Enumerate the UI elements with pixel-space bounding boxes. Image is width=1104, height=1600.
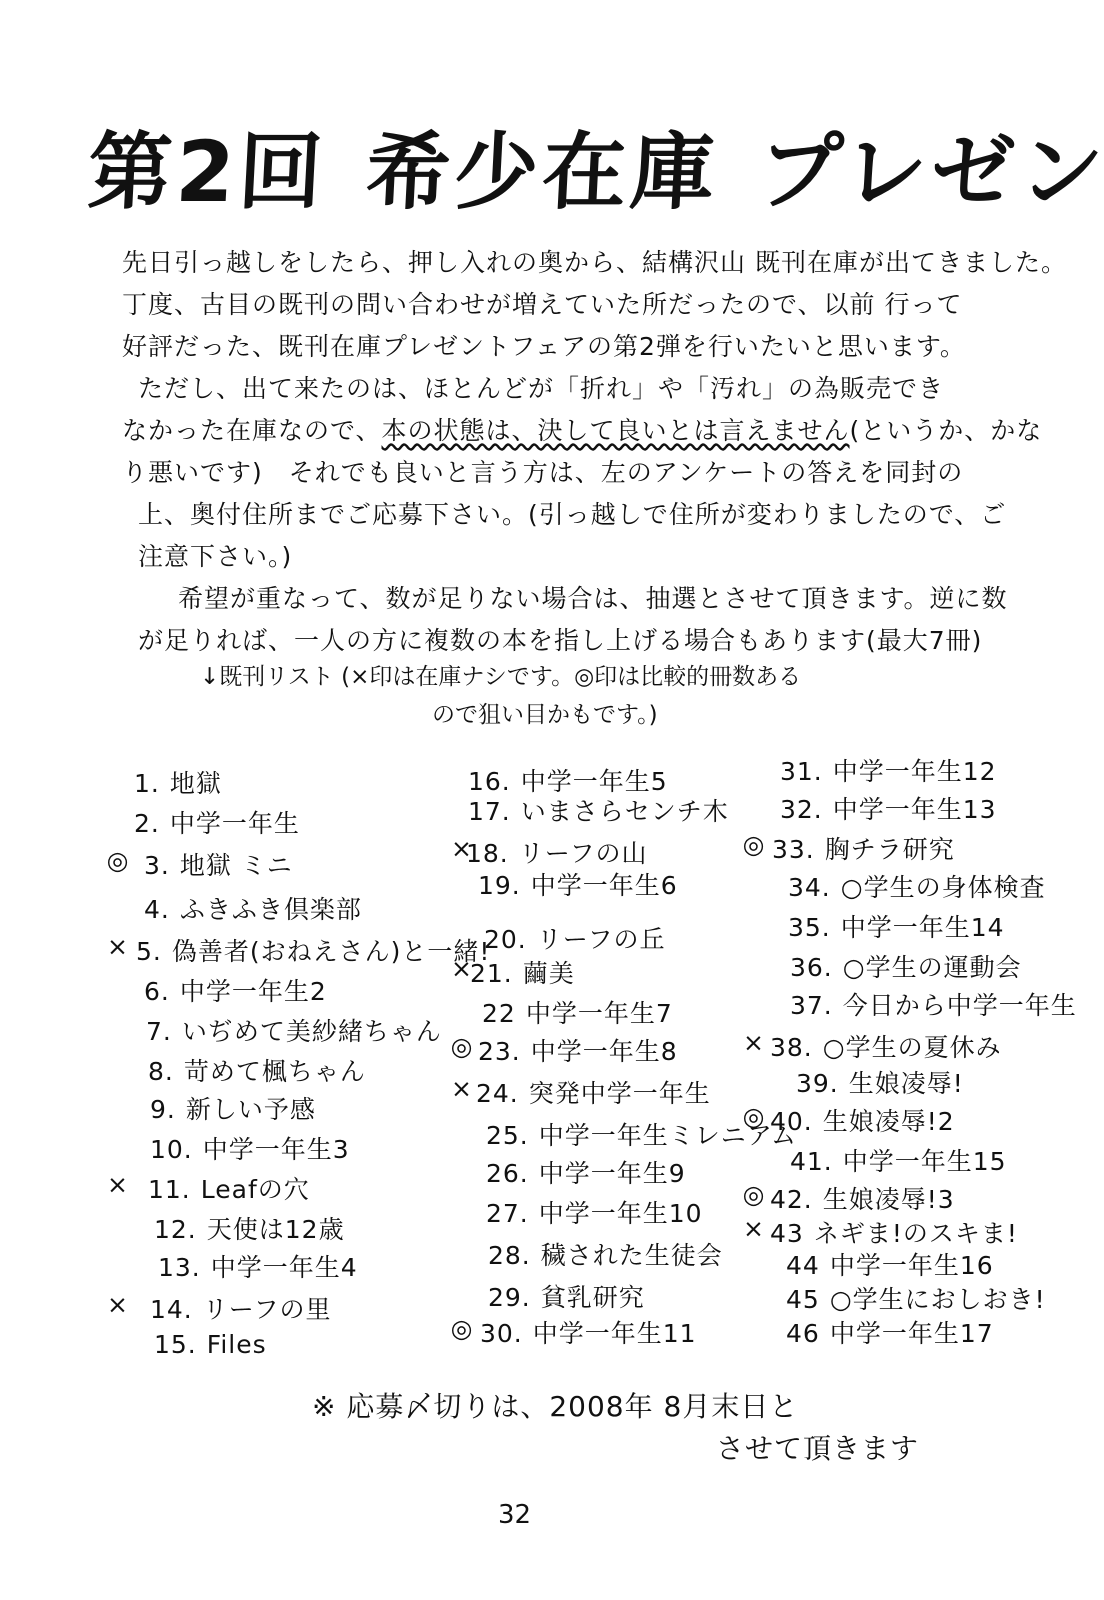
- condition-warning-underlined: 本の状態は、決して良いとは言えません: [382, 416, 850, 445]
- list-item: ◎23.中学一年生8: [448, 1032, 678, 1068]
- list-item: ×14.リーフの里: [104, 1290, 332, 1326]
- book-title: 貧乳研究: [541, 1278, 645, 1314]
- book-number: 10.: [150, 1135, 193, 1164]
- list-item: 6.中学一年生2: [104, 972, 327, 1008]
- book-number: 12.: [154, 1215, 197, 1244]
- book-number: 13.: [158, 1253, 201, 1282]
- list-item: 26.中学一年生9: [448, 1154, 686, 1190]
- book-title: 中学一年生13: [833, 790, 997, 826]
- book-title: 天使は12歳: [207, 1210, 345, 1246]
- book-number: 39.: [796, 1069, 839, 1098]
- double-circle-mark-icon: ◎: [104, 846, 132, 875]
- book-title: 中学一年生4: [211, 1248, 358, 1284]
- list-item: 35.中学一年生14: [740, 908, 1005, 944]
- book-title: 苛めて楓ちゃん: [184, 1052, 366, 1088]
- list-item: 29.貧乳研究: [448, 1278, 645, 1314]
- book-title: いぢめて美紗緒ちゃん: [182, 1012, 442, 1048]
- book-title: 繭美: [523, 954, 575, 990]
- double-circle-mark-icon: ◎: [740, 1180, 768, 1209]
- book-title: ○学生の運動会: [843, 948, 1022, 984]
- book-number: 19.: [478, 871, 521, 900]
- book-title: 中学一年生7: [526, 994, 673, 1030]
- cross-mark-icon: ×: [448, 834, 476, 863]
- double-circle-mark-icon: ◎: [740, 1102, 768, 1131]
- intro-line: 希望が重なって、数が足りない場合は、抽選とさせて頂きます。逆に数: [122, 578, 952, 620]
- list-item: ×38.○学生の夏休み: [740, 1028, 1002, 1064]
- intro-line: 先日引っ越しをしたら、押し入れの奥から、結構沢山 既刊在庫が出てきました。: [122, 242, 952, 284]
- book-number: 1.: [134, 769, 160, 798]
- list-item: 17.いまさらセンチ木: [448, 792, 729, 828]
- book-title: ふきふき倶楽部: [180, 890, 362, 926]
- book-title: リーフの丘: [537, 920, 666, 956]
- list-item: 27.中学一年生10: [448, 1194, 703, 1230]
- book-number: 31.: [780, 757, 823, 786]
- list-item: 28.穢された生徒会: [448, 1236, 723, 1272]
- book-number: 35.: [788, 913, 831, 942]
- book-title: 中学一年生8: [531, 1032, 678, 1068]
- book-title: ○学生の夏休み: [823, 1028, 1002, 1064]
- title-part-edition: 第2回: [85, 112, 330, 232]
- list-item: ×18.リーフの山: [448, 834, 648, 870]
- book-title: 中学一年生: [170, 804, 300, 840]
- book-number: 11.: [148, 1175, 191, 1204]
- list-item: 31.中学一年生12: [740, 752, 997, 788]
- deadline-notice: ※ 応募〆切りは、2008年 8月末日と させて頂きます: [312, 1386, 919, 1470]
- list-item: 44中学一年生16: [740, 1246, 994, 1282]
- list-item: ×11.Leafの穴: [104, 1170, 310, 1206]
- book-title: リーフの山: [519, 834, 648, 870]
- list-item: 46中学一年生17: [740, 1314, 994, 1350]
- intro-text: なかった在庫なので、: [122, 416, 382, 445]
- book-number: 36.: [790, 953, 833, 982]
- list-item: 19.中学一年生6: [448, 866, 678, 902]
- book-number: 14.: [150, 1295, 193, 1324]
- book-title: 偽善者(おねえさん)と一緒!: [172, 932, 491, 968]
- book-number: 7.: [146, 1017, 172, 1046]
- list-item: ×5.偽善者(おねえさん)と一緒!: [104, 932, 490, 968]
- intro-line-condition: なかった在庫なので、本の状態は、決して良いとは言えません(というか、かな: [122, 410, 952, 452]
- book-title: 胸チラ研究: [825, 830, 955, 866]
- book-number: 37.: [790, 991, 833, 1020]
- book-number: 24.: [476, 1079, 519, 1108]
- book-number: 40.: [770, 1107, 813, 1136]
- list-item: ×21.繭美: [448, 954, 575, 990]
- list-item: 13.中学一年生4: [104, 1248, 358, 1284]
- book-title: 中学一年生10: [539, 1194, 703, 1230]
- cross-mark-icon: ×: [448, 954, 476, 983]
- list-item: 22中学一年生7: [448, 994, 673, 1030]
- book-number: 3.: [144, 851, 170, 880]
- cross-mark-icon: ×: [448, 1074, 476, 1103]
- intro-line: ただし、出て来たのは、ほとんどが「折れ」や「汚れ」の為販売でき: [122, 368, 952, 410]
- intro-line: 好評だった、既刊在庫プレゼントフェアの第2弾を行いたいと思います。: [122, 326, 952, 368]
- book-number: 4.: [144, 895, 170, 924]
- intro-line: 注意下さい。): [122, 536, 952, 578]
- book-title: 突発中学一年生: [529, 1074, 711, 1110]
- book-number: 32.: [780, 795, 823, 824]
- double-circle-mark-icon: ◎: [448, 1032, 476, 1061]
- list-item: 7.いぢめて美紗緒ちゃん: [104, 1012, 442, 1048]
- list-item: ◎30.中学一年生11: [448, 1314, 697, 1350]
- book-title: 中学一年生11: [533, 1314, 697, 1350]
- book-title: 地獄 ミニ: [180, 846, 293, 882]
- list-item: 1.地獄: [104, 764, 222, 800]
- list-item: 34.○学生の身体検査: [740, 868, 1046, 904]
- list-item: ◎3.地獄 ミニ: [104, 846, 293, 882]
- intro-text: (というか、かな: [850, 416, 1043, 445]
- list-item: 4.ふきふき倶楽部: [104, 890, 362, 926]
- list-item: 2.中学一年生: [104, 804, 300, 840]
- page-number: 32: [498, 1500, 531, 1530]
- deadline-line: させて頂きます: [312, 1428, 919, 1470]
- book-number: 45: [786, 1285, 820, 1314]
- book-title: いまさらセンチ木: [521, 792, 729, 828]
- double-circle-mark-icon: ◎: [448, 1314, 476, 1343]
- book-number: 26.: [486, 1159, 529, 1188]
- list-item: 36.○学生の運動会: [740, 948, 1022, 984]
- intro-line: 上、奥付住所までご応募下さい。(引っ越しで住所が変わりましたので、ご: [122, 494, 952, 536]
- title-part-present: プレゼント: [755, 112, 1104, 232]
- book-title: 生娘凌辱!: [849, 1064, 964, 1100]
- title-part-rare-stock: 希少在庫: [363, 112, 721, 232]
- intro-line: が足りれば、一人の方に複数の本を指し上げる場合もあります(最大7冊): [122, 620, 952, 662]
- book-title: ○学生におしおき!: [830, 1280, 1046, 1316]
- cross-mark-icon: ×: [104, 932, 132, 961]
- cross-mark-icon: ×: [104, 1290, 132, 1319]
- book-number: 21.: [470, 959, 513, 988]
- book-number: 29.: [488, 1283, 531, 1312]
- book-number: 46: [786, 1319, 820, 1348]
- book-title: 今日から中学一年生: [843, 986, 1077, 1022]
- book-number: 38.: [770, 1033, 813, 1062]
- book-title: 中学一年生14: [841, 908, 1005, 944]
- book-title: 中学一年生9: [539, 1154, 686, 1190]
- book-number: 20.: [484, 925, 527, 954]
- list-item: ◎42.生娘凌辱!3: [740, 1180, 955, 1216]
- book-number: 30.: [480, 1319, 523, 1348]
- book-number: 42.: [770, 1185, 813, 1214]
- cross-mark-icon: ×: [740, 1028, 768, 1057]
- book-title: 中学一年生15: [843, 1142, 1007, 1178]
- book-number: 43: [770, 1219, 804, 1248]
- intro-paragraph: 先日引っ越しをしたら、押し入れの奥から、結構沢山 既刊在庫が出てきました。 丁度…: [122, 242, 952, 662]
- book-number: 23.: [478, 1037, 521, 1066]
- list-item: 32.中学一年生13: [740, 790, 997, 826]
- list-item: 9.新しい予感: [104, 1090, 316, 1126]
- book-number: 22: [482, 999, 516, 1028]
- list-item: 12.天使は12歳: [104, 1210, 345, 1246]
- list-item: ◎40.生娘凌辱!2: [740, 1102, 955, 1138]
- list-item: 45○学生におしおき!: [740, 1280, 1046, 1316]
- list-item: 10.中学一年生3: [104, 1130, 350, 1166]
- book-title: 中学一年生16: [830, 1246, 994, 1282]
- book-number: 5.: [136, 937, 162, 966]
- intro-line: り悪いです) それでも良いと言う方は、左のアンケートの答えを同封の: [122, 452, 952, 494]
- double-circle-mark-icon: ◎: [740, 830, 768, 859]
- book-number: 34.: [788, 873, 831, 902]
- list-item: 20.リーフの丘: [448, 920, 666, 956]
- book-number: 27.: [486, 1199, 529, 1228]
- book-title: 中学一年生17: [830, 1314, 994, 1350]
- book-title: 穢された生徒会: [541, 1236, 723, 1272]
- list-header-line: ので狙い目かもです。): [200, 696, 920, 734]
- book-list-header: ↓既刊リスト (×印は在庫ナシです。◎印は比較的冊数ある ので狙い目かもです。): [200, 658, 920, 734]
- book-title: 中学一年生2: [180, 972, 327, 1008]
- book-number: 8.: [148, 1057, 174, 1086]
- intro-line: 丁度、古目の既刊の問い合わせが増えていた所だったので、以前 行って: [122, 284, 952, 326]
- list-item: 8.苛めて楓ちゃん: [104, 1052, 366, 1088]
- deadline-line: ※ 応募〆切りは、2008年 8月末日と: [312, 1386, 919, 1428]
- book-title: リーフの里: [203, 1290, 332, 1326]
- page-title: 第2回希少在庫プレゼントフェア: [85, 112, 991, 232]
- book-number: 9.: [150, 1095, 176, 1124]
- cross-mark-icon: ×: [104, 1170, 132, 1199]
- list-item: 39.生娘凌辱!: [740, 1064, 964, 1100]
- book-number: 44: [786, 1251, 820, 1280]
- book-number: 2.: [134, 809, 160, 838]
- book-title: ネギま!のスキま!: [814, 1214, 1018, 1250]
- book-title: 地獄: [170, 764, 222, 800]
- book-number: 6.: [144, 977, 170, 1006]
- list-item: ◎33.胸チラ研究: [740, 830, 955, 866]
- book-title: 中学一年生6: [531, 866, 678, 902]
- book-number: 41.: [790, 1147, 833, 1176]
- list-item: ×24.突発中学一年生: [448, 1074, 711, 1110]
- book-number: 25.: [486, 1121, 529, 1150]
- book-number: 28.: [488, 1241, 531, 1270]
- book-title: 生娘凌辱!3: [823, 1180, 955, 1216]
- cross-mark-icon: ×: [740, 1214, 768, 1243]
- book-number: 33.: [772, 835, 815, 864]
- list-header-line: ↓既刊リスト (×印は在庫ナシです。◎印は比較的冊数ある: [200, 658, 920, 696]
- list-item: 41.中学一年生15: [740, 1142, 1007, 1178]
- list-item: 15.Files: [104, 1330, 267, 1359]
- list-item: 37.今日から中学一年生: [740, 986, 1077, 1022]
- book-number: 15.: [154, 1330, 197, 1359]
- list-item: ×43ネギま!のスキま!: [740, 1214, 1018, 1250]
- book-title: Leafの穴: [201, 1170, 310, 1206]
- book-title: 生娘凌辱!2: [823, 1102, 955, 1138]
- book-title: Files: [207, 1330, 267, 1359]
- book-title: ○学生の身体検査: [841, 868, 1046, 904]
- book-title: 新しい予感: [186, 1090, 316, 1126]
- book-title: 中学一年生12: [833, 752, 997, 788]
- book-title: 中学一年生3: [203, 1130, 350, 1166]
- book-number: 17.: [468, 797, 511, 826]
